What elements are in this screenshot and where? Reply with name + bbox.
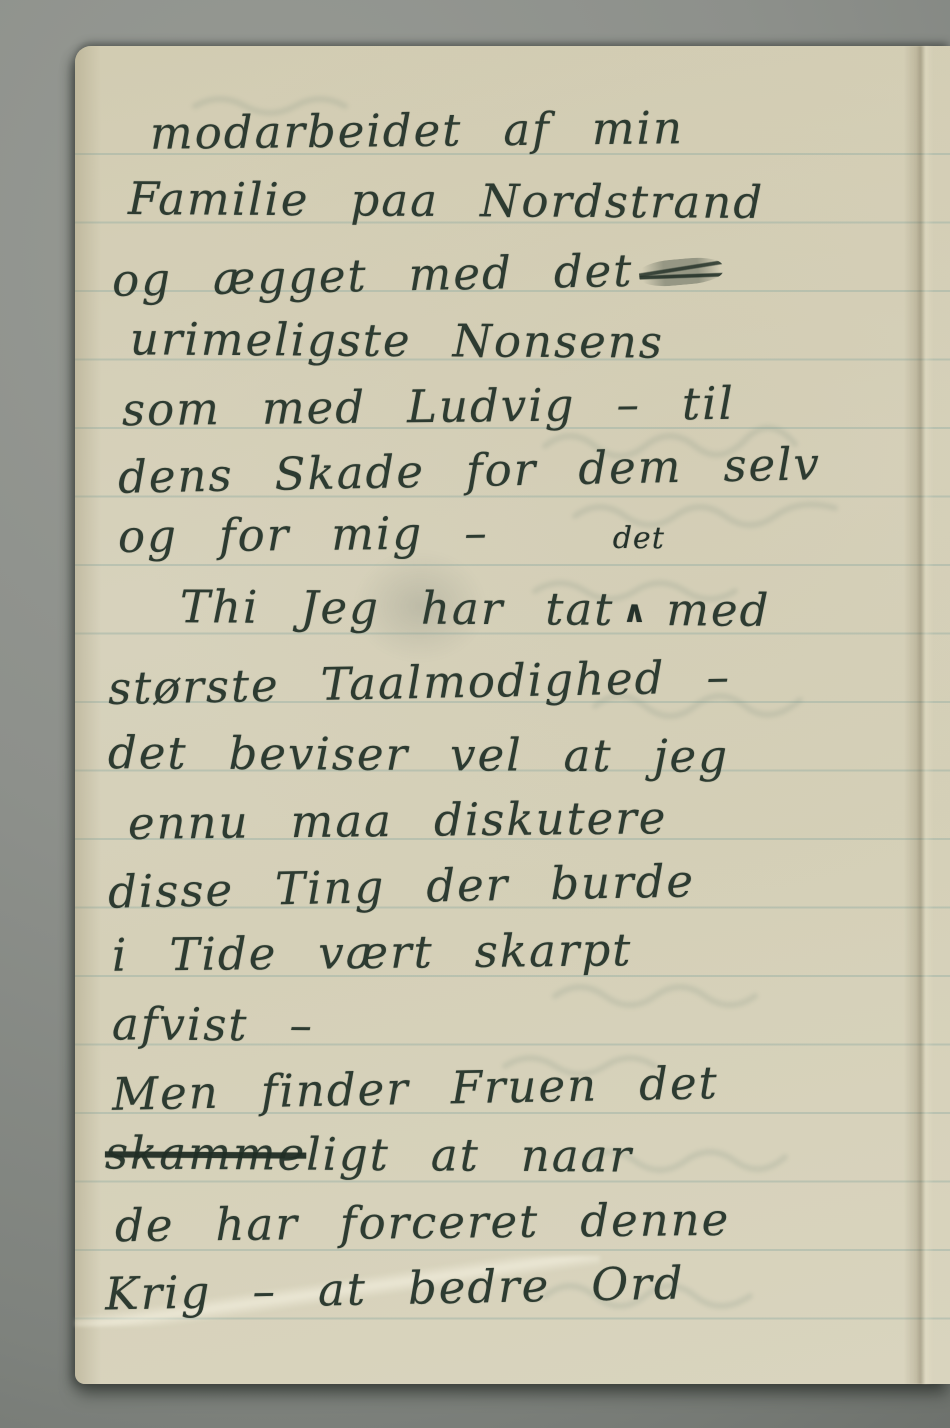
handwriting-line: de har forceret denne (115, 1193, 731, 1252)
handwriting-text: Thi Jeg har tat (180, 580, 615, 636)
handwriting-line: og ægget med det (112, 242, 724, 307)
handwriting-line: urimeligste Nonsens (130, 312, 664, 368)
handwriting-line: dens Skade for dem selv (118, 437, 822, 503)
handwriting-line: i Tide vært skarpt (112, 923, 633, 981)
inserted-word: det (613, 521, 665, 556)
scribbled-out-word (638, 255, 724, 288)
caret-mark: ∧ (622, 595, 649, 630)
handwriting-line: Men finder Fruen det (112, 1056, 720, 1121)
handwriting-line: skammeligt at naar (105, 1126, 633, 1182)
handwriting-line: og for mig – (118, 506, 489, 563)
insertion-slot: det∧ (614, 617, 666, 625)
handwriting-line: disse Ting der burde (108, 854, 696, 918)
handwriting-line: ennu maa diskutere (128, 791, 668, 850)
handwriting-text: med (666, 583, 770, 637)
handwriting-line: Familie paa Nordstrand (128, 172, 764, 229)
handwriting-line: største Taalmodighed – (108, 650, 732, 715)
handwriting-line: modarbeidet af min (150, 101, 684, 160)
handwriting-text: og ægget med det (112, 244, 634, 307)
handwriting-layer: modarbeidet af min Familie paa Nordstran… (75, 46, 950, 1384)
struck-word-part: skamme (105, 1126, 306, 1180)
handwriting-line: afvist – (112, 997, 314, 1051)
handwriting-line: Krig – at bedre Ord (105, 1256, 685, 1320)
handwriting-line: Thi Jeg har tatdet∧med (180, 580, 771, 637)
handwriting-text: ligt at naar (306, 1128, 633, 1183)
notebook-page: modarbeidet af min Familie paa Nordstran… (75, 46, 950, 1384)
handwriting-line: som med Ludvig – til (122, 377, 735, 436)
handwriting-line: det beviser vel at jeg (108, 726, 729, 783)
